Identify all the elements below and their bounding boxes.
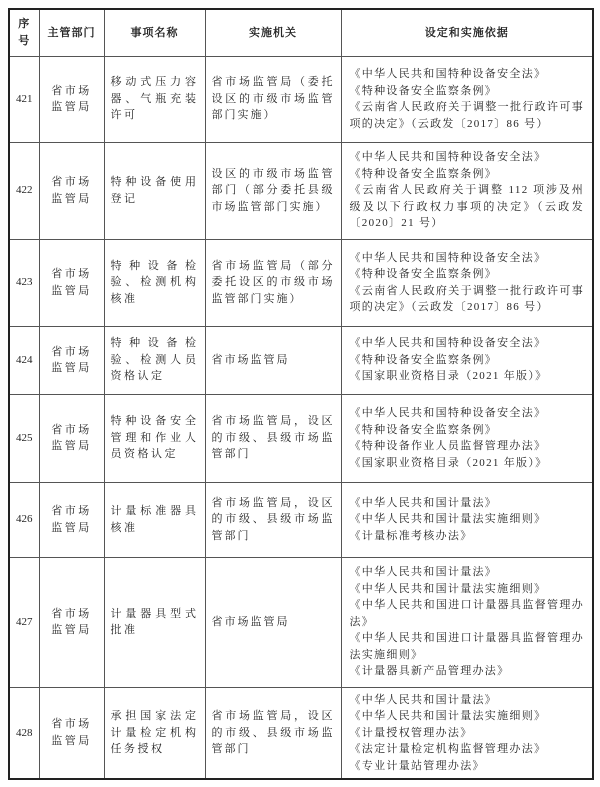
cell-department: 省市场监管局	[39, 239, 104, 326]
cell-serial-no: 427	[9, 557, 39, 687]
basis-line: 《中华人民共和国特种设备安全法》	[350, 250, 585, 267]
table-row: 423省市场监管局特种设备检验、检测机构核准省市场监管局（部分委托设区的市级市场…	[9, 239, 593, 326]
cell-implementing-agency: 省市场监管局（部分委托设区的市级市场监管部门实施）	[205, 239, 341, 326]
cell-department: 省市场监管局	[39, 687, 104, 779]
cell-item-name: 特种设备使用登记	[104, 142, 205, 239]
basis-line: 《国家职业资格目录（2021 年版）》	[350, 455, 585, 472]
cell-item-name: 特种设备检验、检测机构核准	[104, 239, 205, 326]
cell-legal-basis: 《中华人民共和国计量法》《中华人民共和国计量法实施细则》《中华人民共和国进口计量…	[341, 557, 593, 687]
cell-department: 省市场监管局	[39, 326, 104, 394]
cell-item-name: 特种设备安全管理和作业人员资格认定	[104, 394, 205, 482]
cell-implementing-agency: 设区的市级市场监管部门（部分委托县级市场监管部门实施）	[205, 142, 341, 239]
document-page: 序号 主管部门 事项名称 实施机关 设定和实施依据 421省市场监管局移动式压力…	[0, 0, 600, 787]
cell-legal-basis: 《中华人民共和国计量法》《中华人民共和国计量法实施细则》《计量授权管理办法》《法…	[341, 687, 593, 779]
cell-serial-no: 428	[9, 687, 39, 779]
basis-line: 《中华人民共和国特种设备安全法》	[350, 405, 585, 422]
basis-line: 《中华人民共和国计量法实施细则》	[350, 511, 585, 528]
basis-line: 《特种设备安全监察条例》	[350, 166, 585, 183]
table-body: 421省市场监管局移动式压力容器、气瓶充装许可省市场监管局（委托设区的市级市场监…	[9, 56, 593, 779]
cell-legal-basis: 《中华人民共和国特种设备安全法》《特种设备安全监察条例》《云南省人民政府关于调整…	[341, 239, 593, 326]
cell-legal-basis: 《中华人民共和国计量法》《中华人民共和国计量法实施细则》《计量标准考核办法》	[341, 482, 593, 557]
basis-line: 《中华人民共和国进口计量器具监督管理办法实施细则》	[350, 630, 585, 663]
basis-line: 《特种设备安全监察条例》	[350, 422, 585, 439]
cell-legal-basis: 《中华人民共和国特种设备安全法》《特种设备安全监察条例》《国家职业资格目录（20…	[341, 326, 593, 394]
cell-implementing-agency: 省市场监管局，设区的市级、县级市场监管部门	[205, 687, 341, 779]
cell-department: 省市场监管局	[39, 482, 104, 557]
cell-serial-no: 424	[9, 326, 39, 394]
cell-implementing-agency: 省市场监管局	[205, 557, 341, 687]
cell-department: 省市场监管局	[39, 56, 104, 142]
basis-line: 《计量标准考核办法》	[350, 528, 585, 545]
basis-line: 《计量授权管理办法》	[350, 725, 585, 742]
table-row: 427省市场监管局计量器具型式批准省市场监管局《中华人民共和国计量法》《中华人民…	[9, 557, 593, 687]
cell-implementing-agency: 省市场监管局，设区的市级、县级市场监管部门	[205, 394, 341, 482]
cell-department: 省市场监管局	[39, 142, 104, 239]
admin-items-table: 序号 主管部门 事项名称 实施机关 设定和实施依据 421省市场监管局移动式压力…	[8, 8, 594, 780]
cell-serial-no: 426	[9, 482, 39, 557]
basis-line: 《国家职业资格目录（2021 年版）》	[350, 368, 585, 385]
cell-implementing-agency: 省市场监管局（委托设区的市级市场监管部门实施）	[205, 56, 341, 142]
basis-line: 《中华人民共和国计量法》	[350, 564, 585, 581]
cell-implementing-agency: 省市场监管局	[205, 326, 341, 394]
table-row: 425省市场监管局特种设备安全管理和作业人员资格认定省市场监管局，设区的市级、县…	[9, 394, 593, 482]
basis-line: 《云南省人民政府关于调整一批行政许可事项的决定》（云政发〔2017〕86 号）	[350, 283, 585, 316]
cell-item-name: 移动式压力容器、气瓶充装许可	[104, 56, 205, 142]
basis-line: 《计量器具新产品管理办法》	[350, 663, 585, 680]
basis-line: 《特种设备安全监察条例》	[350, 83, 585, 100]
basis-line: 《中华人民共和国进口计量器具监督管理办法》	[350, 597, 585, 630]
header-cell-legal-basis: 设定和实施依据	[341, 9, 593, 56]
cell-item-name: 特种设备检验、检测人员资格认定	[104, 326, 205, 394]
header-cell-item-name: 事项名称	[104, 9, 205, 56]
basis-line: 《中华人民共和国特种设备安全法》	[350, 66, 585, 83]
basis-line: 《法定计量检定机构监督管理办法》	[350, 741, 585, 758]
header-cell-department: 主管部门	[39, 9, 104, 56]
basis-line: 《中华人民共和国特种设备安全法》	[350, 149, 585, 166]
basis-line: 《云南省人民政府关于调整一批行政许可事项的决定》（云政发〔2017〕86 号）	[350, 99, 585, 132]
cell-item-name: 承担国家法定计量检定机构任务授权	[104, 687, 205, 779]
header-cell-serial-no: 序号	[9, 9, 39, 56]
cell-item-name: 计量标准器具核准	[104, 482, 205, 557]
cell-legal-basis: 《中华人民共和国特种设备安全法》《特种设备安全监察条例》《云南省人民政府关于调整…	[341, 56, 593, 142]
basis-line: 《特种设备安全监察条例》	[350, 266, 585, 283]
cell-serial-no: 425	[9, 394, 39, 482]
table-row: 422省市场监管局特种设备使用登记设区的市级市场监管部门（部分委托县级市场监管部…	[9, 142, 593, 239]
cell-implementing-agency: 省市场监管局，设区的市级、县级市场监管部门	[205, 482, 341, 557]
table-row: 421省市场监管局移动式压力容器、气瓶充装许可省市场监管局（委托设区的市级市场监…	[9, 56, 593, 142]
basis-line: 《中华人民共和国计量法》	[350, 495, 585, 512]
table-header-row: 序号 主管部门 事项名称 实施机关 设定和实施依据	[9, 9, 593, 56]
table-row: 426省市场监管局计量标准器具核准省市场监管局，设区的市级、县级市场监管部门《中…	[9, 482, 593, 557]
basis-line: 《云南省人民政府关于调整 112 项涉及州级及以下行政权力事项的决定》（云政发〔…	[350, 182, 585, 232]
cell-serial-no: 422	[9, 142, 39, 239]
basis-line: 《特种设备作业人员监督管理办法》	[350, 438, 585, 455]
basis-line: 《中华人民共和国特种设备安全法》	[350, 335, 585, 352]
cell-serial-no: 421	[9, 56, 39, 142]
cell-legal-basis: 《中华人民共和国特种设备安全法》《特种设备安全监察条例》《云南省人民政府关于调整…	[341, 142, 593, 239]
basis-line: 《中华人民共和国计量法》	[350, 692, 585, 709]
cell-department: 省市场监管局	[39, 394, 104, 482]
cell-serial-no: 423	[9, 239, 39, 326]
cell-item-name: 计量器具型式批准	[104, 557, 205, 687]
basis-line: 《专业计量站管理办法》	[350, 758, 585, 775]
basis-line: 《中华人民共和国计量法实施细则》	[350, 708, 585, 725]
table-row: 428省市场监管局承担国家法定计量检定机构任务授权省市场监管局，设区的市级、县级…	[9, 687, 593, 779]
header-cell-implementing-agency: 实施机关	[205, 9, 341, 56]
basis-line: 《特种设备安全监察条例》	[350, 352, 585, 369]
cell-department: 省市场监管局	[39, 557, 104, 687]
basis-line: 《中华人民共和国计量法实施细则》	[350, 581, 585, 598]
cell-legal-basis: 《中华人民共和国特种设备安全法》《特种设备安全监察条例》《特种设备作业人员监督管…	[341, 394, 593, 482]
table-row: 424省市场监管局特种设备检验、检测人员资格认定省市场监管局《中华人民共和国特种…	[9, 326, 593, 394]
